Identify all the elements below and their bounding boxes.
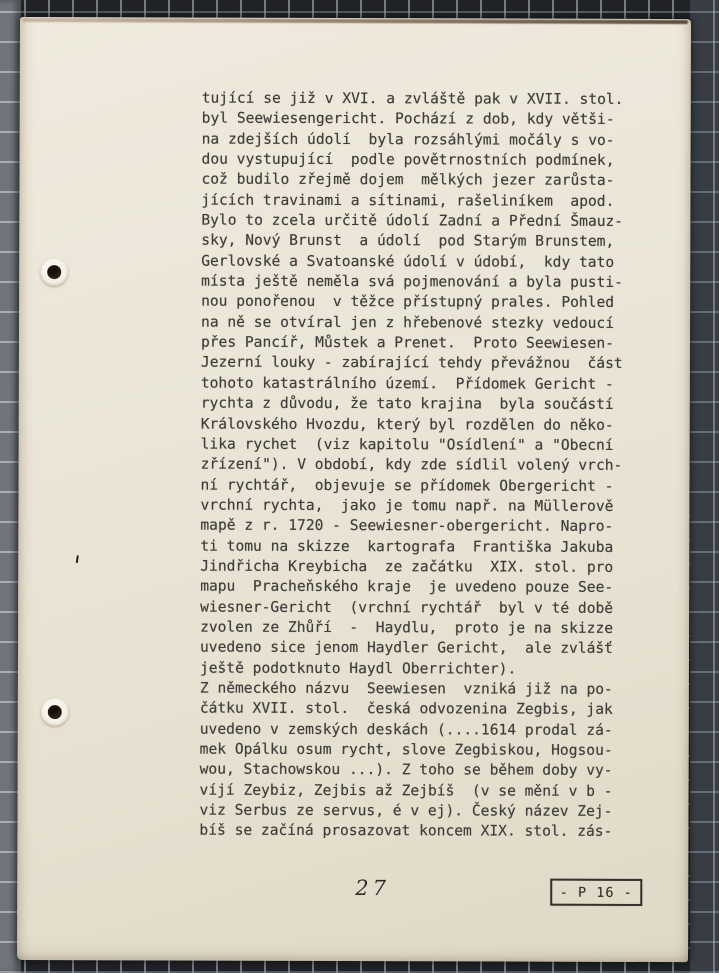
ink-speck bbox=[76, 555, 79, 563]
text-line: Bylo to zcela určitě údolí Zadní a Předn… bbox=[201, 211, 639, 233]
text-line: mapě z r. 1720 - Seewiesner-obergericht.… bbox=[200, 516, 638, 538]
text-line: přes Pancíř, Můstek a Prenet. Proto Seew… bbox=[201, 333, 639, 355]
cutting-mat-right-strip bbox=[690, 0, 719, 973]
text-line: wiesner-Gericht (vrchní rychtář byl v té… bbox=[200, 597, 638, 619]
document-page: tující se již v XVI. a zvláště pak v XVI… bbox=[17, 17, 691, 962]
text-line: sky, Nový Brunst a údolí pod Starým Brun… bbox=[201, 231, 639, 253]
text-line: ještě podotknuto Haydl Oberrichter). bbox=[200, 658, 638, 680]
typewritten-text: tující se již v XVI. a zvláště pak v XVI… bbox=[199, 89, 639, 843]
text-line: čátku XVII. stol. česká odvozenina Zegbi… bbox=[200, 699, 638, 721]
page-number: 27 bbox=[355, 876, 390, 900]
reference-stamp: - P 16 - bbox=[550, 879, 642, 906]
text-line: Gerlovské a Svatoanské údolí v údobí, kd… bbox=[201, 251, 639, 273]
text-line: zvolen ze Zhůří - Haydlu, proto je na sk… bbox=[200, 618, 638, 640]
punch-hole-core bbox=[47, 265, 61, 279]
text-line: byl Seewiesengericht. Pochází z dob, kdy… bbox=[202, 109, 640, 131]
underlying-sheet-edge bbox=[23, 18, 688, 24]
text-line: mek Opálku osum rycht, slove Zegbiskou, … bbox=[200, 740, 638, 762]
text-line: Jezerní louky - zabírající tehdy převážn… bbox=[201, 353, 639, 375]
text-line: tující se již v XVI. a zvláště pak v XVI… bbox=[202, 89, 640, 111]
text-line: viz Serbus ze servus, é v ej). Český náz… bbox=[199, 801, 637, 823]
text-line: ti tomu na skizze kartografa Františka J… bbox=[200, 536, 638, 558]
text-line: víjí Zeybiz, Zejbis až Zejbíš (v se mění… bbox=[200, 780, 638, 802]
punch-hole-top bbox=[40, 258, 68, 286]
text-line: vrchní rychta, jako je tomu např. na Mül… bbox=[200, 495, 638, 517]
text-line: zřízení"). V období, kdy zde sídlil vole… bbox=[201, 455, 639, 477]
text-line: na zdejších údolí byla rozsáhlými močály… bbox=[202, 129, 640, 151]
text-line: Jindřicha Kreybicha ze začátku XIX. stol… bbox=[200, 556, 638, 578]
text-line: rychta z důvodu, že tato krajina byla so… bbox=[201, 394, 639, 416]
text-line: na ně se otvíral jen z hřebenové stezky … bbox=[201, 312, 639, 334]
text-line: Královského Hvozdu, který byl rozdělen d… bbox=[201, 414, 639, 436]
text-line: nou ponořenou v těžce přístupný prales. … bbox=[201, 292, 639, 314]
text-line: uvedeno sice jenom Haydler Gericht, ale … bbox=[200, 638, 638, 660]
text-line: bíš se začíná prosazovat koncem XIX. sto… bbox=[199, 821, 637, 843]
text-line: lika rychet (viz kapitolu "Osídlení" a "… bbox=[201, 434, 639, 456]
text-line: tohoto katastrálního území. Přídomek Ger… bbox=[201, 373, 639, 395]
scanned-page-photo: tující se již v XVI. a zvláště pak v XVI… bbox=[0, 0, 719, 973]
text-line: dou vystupující podle povětrnostních pod… bbox=[202, 150, 640, 172]
text-line: uvedeno v zemských deskách (....1614 pro… bbox=[200, 719, 638, 741]
stamp-label: - P 16 - bbox=[560, 884, 633, 900]
text-line: mapu Pracheňského kraje je uvedeno pouze… bbox=[200, 577, 638, 599]
text-line: ní rychtář, objevuje se přídomek Oberger… bbox=[200, 475, 638, 497]
punch-hole-core bbox=[48, 705, 62, 719]
text-line: místa ještě neměla svá pojmenování a byl… bbox=[201, 272, 639, 294]
text-line: Z německého názvu Seewiesen vzniká již n… bbox=[200, 679, 638, 701]
punch-hole-bottom bbox=[41, 698, 69, 726]
text-line: wou, Stachowskou ...). Z toho se během d… bbox=[200, 760, 638, 782]
text-line: jících travinami a sítinami, rašeliníkem… bbox=[201, 190, 639, 212]
text-line: což budilo zřejmě dojem mělkých jezer za… bbox=[201, 170, 639, 192]
